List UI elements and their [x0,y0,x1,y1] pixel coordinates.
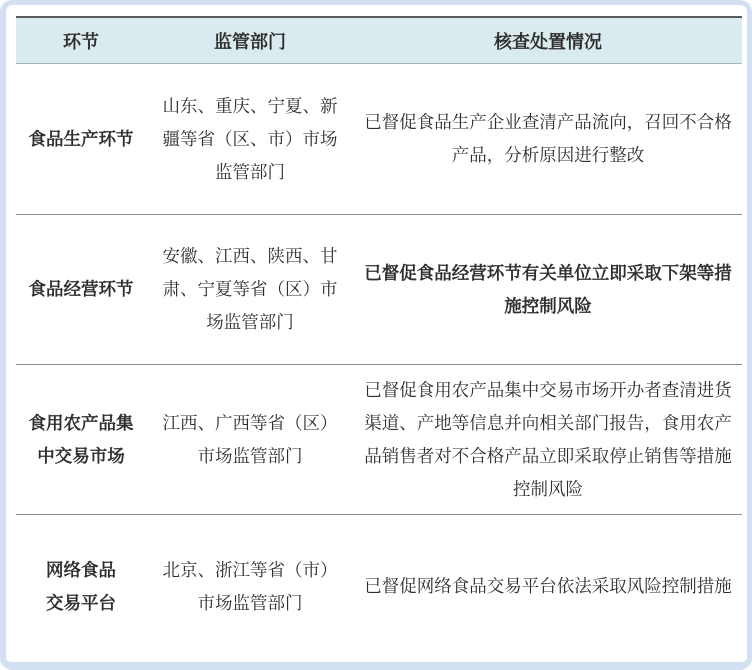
stage-cell: 食用农产品集 中交易市场 [16,365,146,515]
action-cell: 已督促食品生产企业查清产品流向，召回不合格 产品，分析原因进行整改 [354,64,742,215]
department-cell: 山东、重庆、宁夏、新 疆等省（区、市）市场 监管部门 [146,64,354,215]
stage-cell: 食品生产环节 [16,64,146,215]
department-cell: 江西、广西等省（区） 市场监管部门 [146,365,354,515]
table-header-row: 环节 监管部门 核查处置情况 [16,17,742,64]
table-row: 食品经营环节安徽、江西、陕西、甘 肃、宁夏等省（区）市 场监管部门已督促食品经营… [16,215,742,365]
header-cell-stage: 环节 [16,17,146,64]
stage-cell: 网络食品 交易平台 [16,515,146,659]
table-row: 食品生产环节山东、重庆、宁夏、新 疆等省（区、市）市场 监管部门已督促食品生产企… [16,64,742,215]
action-cell: 已督促网络食品交易平台依法采取风险控制措施 [354,515,742,659]
action-cell: 已督促食品经营环节有关单位立即采取下架等措 施控制风险 [354,215,742,365]
table-row: 食用农产品集 中交易市场江西、广西等省（区） 市场监管部门已督促食用农产品集中交… [16,365,742,515]
table-row: 网络食品 交易平台北京、浙江等省（市） 市场监管部门已督促网络食品交易平台依法采… [16,515,742,659]
header-cell-action: 核查处置情况 [354,17,742,64]
department-cell: 北京、浙江等省（市） 市场监管部门 [146,515,354,659]
department-cell: 安徽、江西、陕西、甘 肃、宁夏等省（区）市 场监管部门 [146,215,354,365]
stage-cell: 食品经营环节 [16,215,146,365]
action-cell: 已督促食用农产品集中交易市场开办者查清进货 渠道、产地等信息并向相关部门报告，食… [354,365,742,515]
verification-disposal-table: 环节 监管部门 核查处置情况 食品生产环节山东、重庆、宁夏、新 疆等省（区、市）… [16,16,742,659]
article-table-image: 环节 监管部门 核查处置情况 食品生产环节山东、重庆、宁夏、新 疆等省（区、市）… [0,0,752,670]
header-cell-department: 监管部门 [146,17,354,64]
